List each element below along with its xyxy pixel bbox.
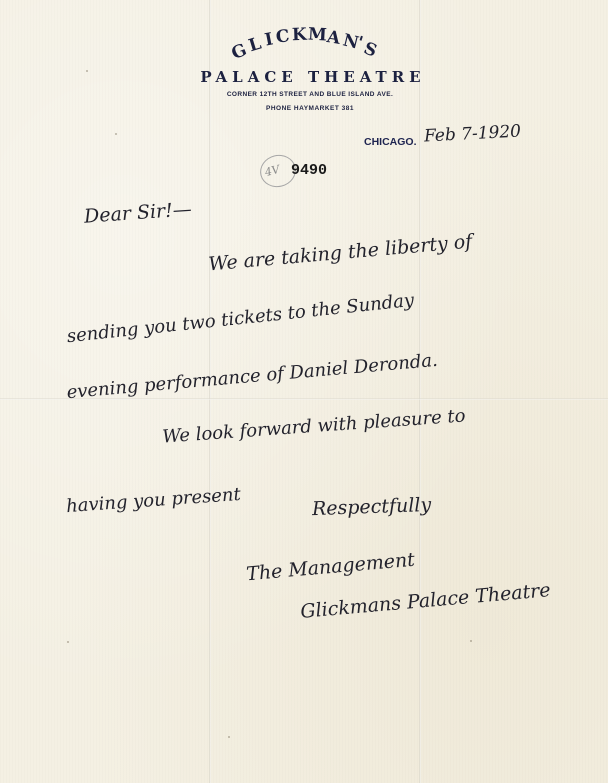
letterhead-phone: PHONE HAYMARKET 381 [180,105,440,112]
letterhead-letter: L [246,34,263,57]
letterhead-letter: I [263,29,275,50]
paper-speck [67,641,69,643]
letterhead: G L I C K M A N ' S PALACE THEATRE CORNE… [180,20,440,112]
paper-speck [470,640,472,642]
letter-signature-line: Glickmans Palace Theatre [300,579,552,623]
fold-line-vertical-right [419,0,421,783]
handwritten-date: Feb 7-1920 [424,121,522,146]
fold-line-vertical-left [209,0,211,783]
letterhead-city: CHICAGO. [364,136,417,148]
letterhead-address: CORNER 12TH STREET AND BLUE ISLAND AVE. [180,91,440,98]
letterhead-theatre-owner-name: G L I C K M A N ' S [180,20,440,64]
letter-body-line: sending you two tickets to the Sunday [66,290,415,347]
letter-body-line: having you present [65,484,241,517]
paper-speck [228,736,230,738]
letter-page: G L I C K M A N ' S PALACE THEATRE CORNE… [0,0,608,783]
letterhead-letter: A [326,27,342,49]
letterhead-letter: M [307,25,327,46]
paper-speck [115,133,117,135]
letter-body-line: evening performance of Daniel Deronda. [66,350,439,403]
letter-closing: Respectfully [312,494,432,520]
letterhead-theatre-name: PALACE THEATRE [180,68,440,86]
letter-body-line: We are taking the liberty of [208,231,474,276]
letterhead-letter: C [275,26,291,47]
letter-signature-line: The Management [245,549,415,586]
paper-speck [86,70,88,72]
letterhead-letter: K [292,25,307,46]
letterhead-letter: S [361,38,380,61]
letter-salutation: Dear Sir!— [83,198,192,227]
letterhead-letter: G [229,40,250,64]
stamped-file-number: 9490 [291,162,327,179]
